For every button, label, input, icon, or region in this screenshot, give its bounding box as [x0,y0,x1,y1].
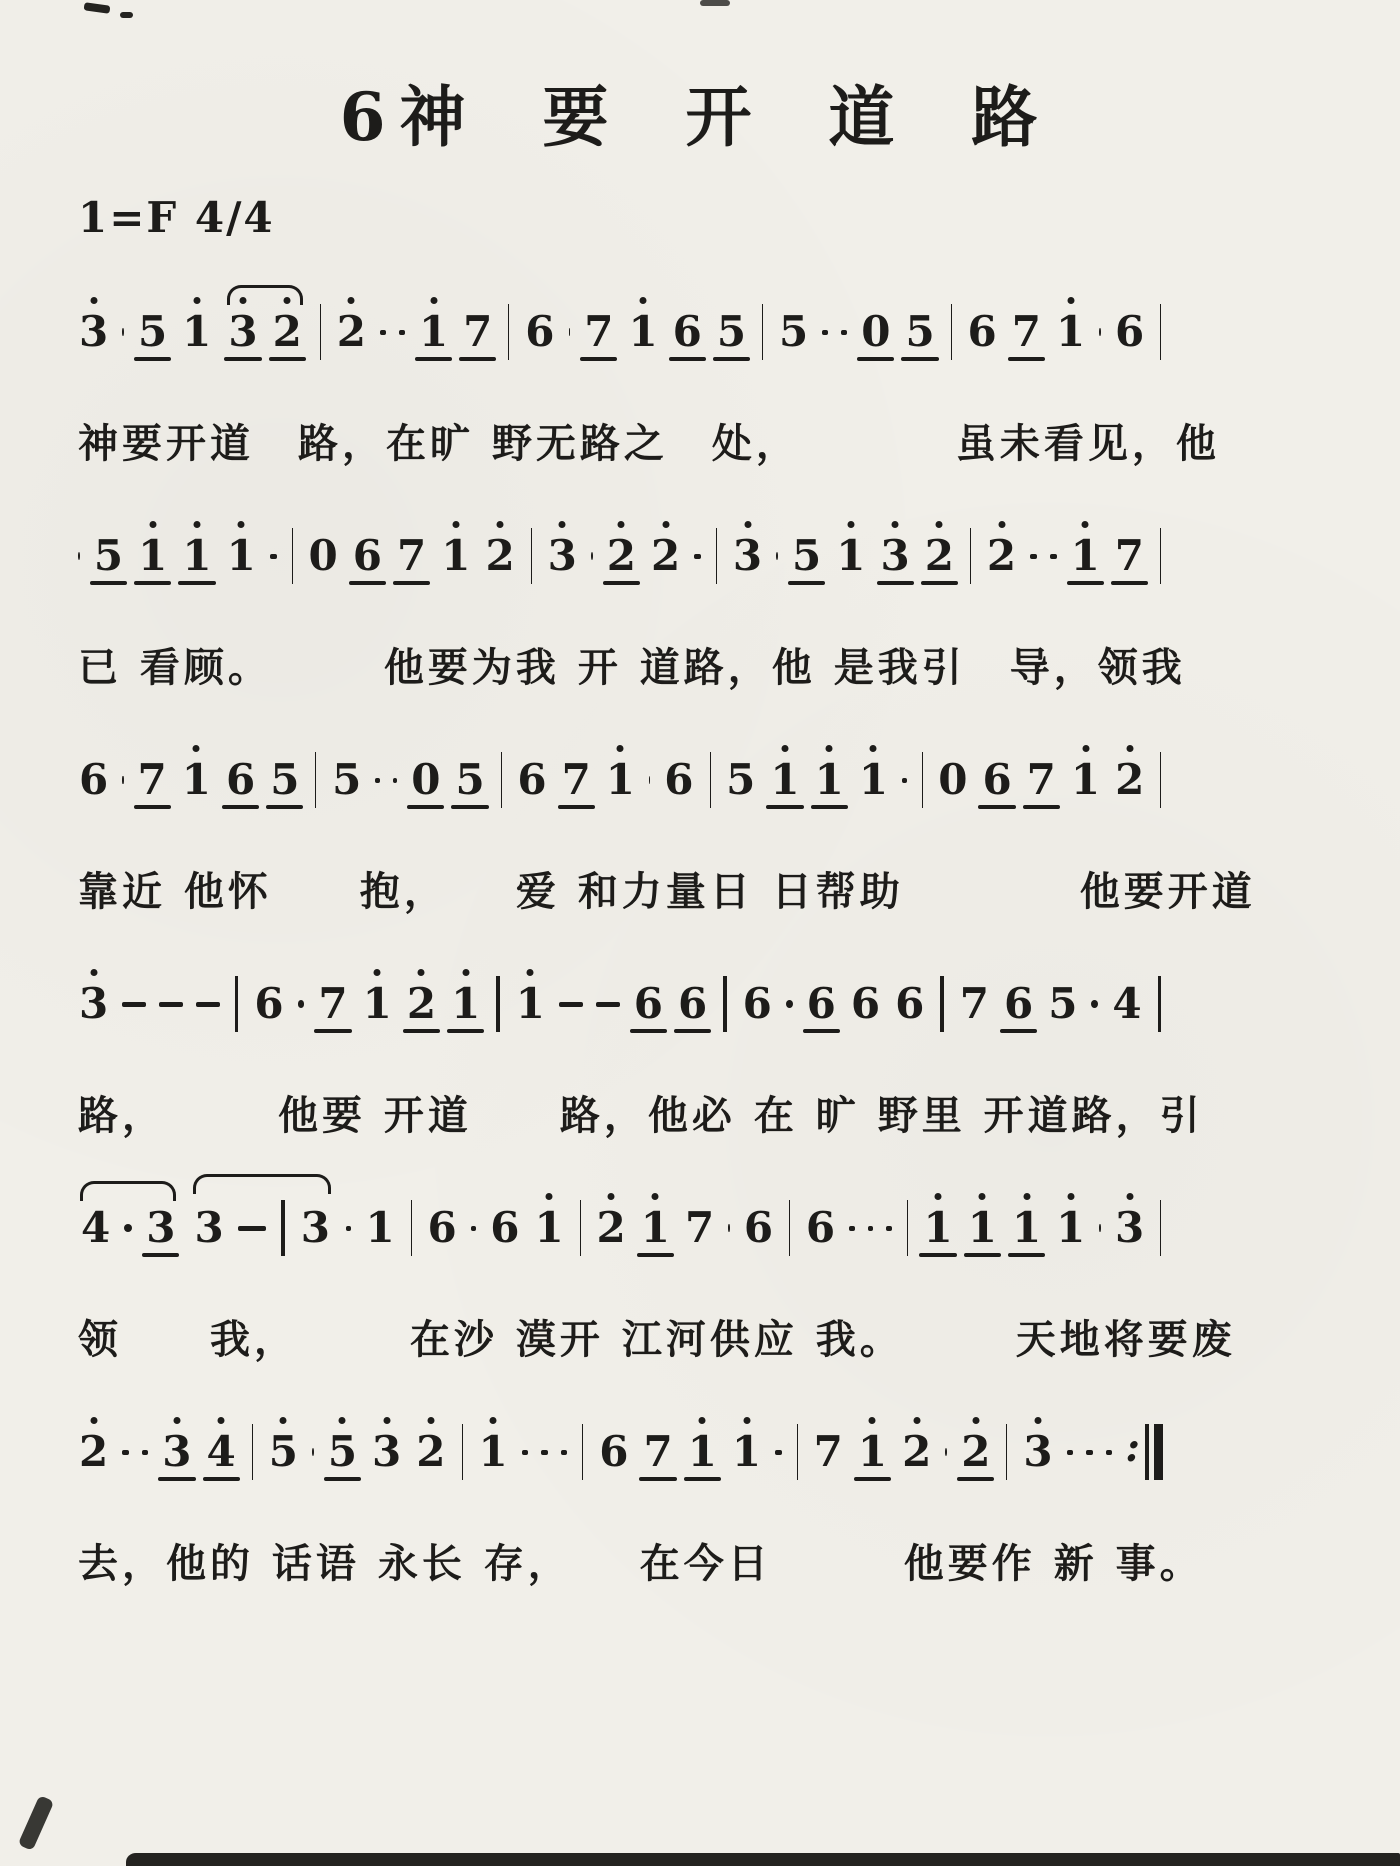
note: 2 [336,311,367,353]
notation-line: 23455321671171223: [78,1406,1163,1484]
duration-dash [1030,554,1037,559]
note: 5 [725,759,756,801]
note: 7 [684,1207,715,1249]
note: 1 [226,535,257,577]
barline [292,528,293,584]
note: 0 [410,759,441,801]
note: 3 [161,1431,192,1473]
note: 6 [78,759,109,801]
lyrics-line: 神要开道 路，在旷 野无路之 处， 虽未看见，他 [78,422,1163,466]
note: 7 [137,759,168,801]
barline [922,752,923,808]
duration-dot [1091,1000,1098,1008]
note: 3 [193,1207,224,1249]
duration-dash [868,1226,874,1231]
barline [907,1200,908,1256]
note: 6 [850,983,881,1025]
lyrics-line: 已 看顾。 他要为我 开 道路，他 是我引 导，领我 [78,646,1163,690]
duration-dash [399,330,405,335]
note: 6 [663,759,694,801]
note: 5 [454,759,485,801]
note: 5 [716,311,747,353]
note: 3 [547,535,578,577]
duration-dash [471,1226,477,1231]
note: 1 [515,983,546,1025]
barline [580,1200,581,1256]
note: 1 [534,1207,565,1249]
duration-dot [122,328,124,336]
notation-line: 36712116666667654 [78,958,1163,1036]
duration-dash [393,778,397,783]
note: 1 [364,1207,395,1249]
note: 2 [650,535,681,577]
note: 2 [986,535,1017,577]
note: 6 [352,535,383,577]
note: 4 [206,1431,237,1473]
duration-dash [122,1002,146,1007]
duration-dash [559,1002,583,1007]
lyrics-line: 去，他的 话语 永长 存， 在今日 他要作 新 事。 [78,1542,1163,1586]
note: 3 [1114,1207,1145,1249]
note: 1 [181,311,212,353]
barline [496,976,499,1032]
barline [252,1424,253,1480]
duration-dot [569,328,571,336]
note: 7 [561,759,592,801]
duration-dash [122,1450,129,1455]
note: 1 [477,1431,508,1473]
note: 6 [967,311,998,353]
barline [281,1200,285,1256]
barline [462,1424,463,1480]
note: 7 [1026,759,1057,801]
tie-group: 32 [225,311,304,353]
barline [723,976,726,1032]
note: 6 [894,983,925,1025]
note: 1 [1055,1207,1086,1249]
note: 6 [742,983,773,1025]
barline [235,976,238,1032]
barline [582,1424,583,1480]
note: 1 [627,311,658,353]
duration-dash [849,1226,855,1231]
barline [1158,976,1161,1032]
duration-dash [541,1450,548,1455]
barline [1160,752,1161,808]
barline [797,1424,798,1480]
note: 1 [769,759,800,801]
note: 6 [489,1207,520,1249]
notation-line: 671655056716511106712 [78,734,1163,812]
lyrics-line: 路， 他要 开道 路，他必 在 旷 野里 开道路，引 [78,1094,1163,1138]
note: 1 [440,535,471,577]
barline [320,304,321,360]
lyrics-line: 领 我， 在沙 漠开 江河供应 我。 天地将要废 [78,1318,1163,1362]
duration-dot [122,776,123,784]
note: 1 [1070,759,1101,801]
note: 6 [427,1207,458,1249]
barline [315,752,316,808]
note: 7 [642,1431,673,1473]
notation-line: 433316612176611113 [78,1182,1163,1260]
note: 5 [268,1431,299,1473]
duration-dash [596,1002,620,1007]
note: 1 [967,1207,998,1249]
duration-dash [380,330,386,335]
note: 2 [901,1431,932,1473]
scan-artifact [700,0,730,6]
note: 1 [857,1431,888,1473]
barline [1160,528,1161,584]
barline [501,752,502,808]
barline [710,752,711,808]
note: 6 [524,311,555,353]
note: 5 [791,535,822,577]
note: 7 [1114,535,1145,577]
key-signature: 1=F 4/4 [78,193,1163,242]
duration-dot [649,776,650,784]
notation-line: 35132217671655056716 [78,286,1163,364]
duration-dash [159,1002,183,1007]
barline [1160,304,1161,360]
note: 0 [937,759,968,801]
duration-dash [822,330,828,335]
note: 3 [300,1207,331,1249]
note: 5 [137,311,168,353]
note: 1 [1055,311,1086,353]
note: 7 [317,983,348,1025]
duration-dash [841,330,847,335]
duration-dash [522,1450,529,1455]
note: 7 [583,311,614,353]
note: 6 [1003,983,1034,1025]
note: 6 [253,983,284,1025]
note: 3 [371,1431,402,1473]
system: 51110671232235132217已 看顾。 他要为我 开 道路，他 是我… [78,510,1163,690]
duration-dash [561,1450,568,1455]
system: 433316612176611113领 我， 在沙 漠开 江河供应 我。 天地将… [78,1182,1163,1362]
note: 6 [806,983,837,1025]
duration-dot [945,1448,947,1456]
note: 2 [606,535,637,577]
note: 2 [272,311,303,353]
system: 671655056716511106712靠近 他怀 抱， 爱 和力量日 日帮助… [78,734,1163,914]
note: 3 [732,535,763,577]
duration-dash [1067,1450,1074,1455]
note: 6 [633,983,664,1025]
note: 1 [1070,535,1101,577]
system: 36712116666667654路， 他要 开道 路，他必 在 旷 野里 开道… [78,958,1163,1138]
duration-dash [775,1450,782,1455]
duration-dot [1099,1224,1101,1232]
note: 1 [687,1431,718,1473]
notation-line: 51110671232235132217 [78,510,1163,588]
note: 2 [596,1207,627,1249]
duration-dash [270,554,277,559]
note: 1 [640,1207,671,1249]
duration-dash [142,1450,149,1455]
note: 2 [484,535,515,577]
note: 0 [308,535,339,577]
duration-dot [786,1000,793,1008]
duration-dash [346,1226,352,1231]
barline [508,304,509,360]
note: 3 [78,983,109,1025]
note: 1 [835,535,866,577]
barline [762,304,763,360]
tie-group: 33 [191,1200,332,1256]
note: 1 [858,759,889,801]
note: 7 [1011,311,1042,353]
note: 7 [959,983,990,1025]
barline [1160,1200,1161,1256]
note: 2 [960,1431,991,1473]
note: 1 [137,535,168,577]
note: 7 [462,311,493,353]
duration-dash [902,778,906,783]
barline [716,528,717,584]
note: 1 [605,759,636,801]
note: 6 [598,1431,629,1473]
duration-dash [886,1226,892,1231]
note: 5 [93,535,124,577]
duration-dash [238,1226,266,1231]
note: 3 [145,1207,176,1249]
note: 3 [227,311,258,353]
note: 4 [1111,983,1142,1025]
note: 6 [225,759,256,801]
duration-dot [298,1000,305,1008]
duration-dash [694,554,701,559]
page-content: 6神 要 开 道 路 1=F 4/4 35132217671655056716神… [78,0,1163,1586]
note: 7 [396,535,427,577]
barline [411,1200,412,1256]
song-title: 6神 要 开 道 路 [78,0,1163,159]
duration-dot [776,552,778,560]
duration-dot [78,552,80,560]
note: 1 [181,535,212,577]
note: 6 [516,759,547,801]
note: 4 [80,1207,111,1249]
scan-artifact-bottom-strip [126,1853,1400,1866]
note: 5 [331,759,362,801]
note: 6 [743,1207,774,1249]
note: 3 [78,311,109,353]
scan-artifact [120,12,133,18]
note: 2 [1114,759,1145,801]
note: 3 [880,535,911,577]
note: 1 [922,1207,953,1249]
duration-dot [124,1224,132,1232]
barline [970,528,971,584]
duration-dash [1106,1450,1113,1455]
duration-dot [312,1448,314,1456]
note: 2 [924,535,955,577]
duration-dash [1086,1450,1093,1455]
barline [1006,1424,1007,1480]
note: 2 [415,1431,446,1473]
note: 2 [406,983,437,1025]
scan-artifact [18,1795,55,1851]
system: 35132217671655056716神要开道 路，在旷 野无路之 处， 虽未… [78,286,1163,466]
duration-dot [591,552,593,560]
tie-group: 43 [78,1207,178,1249]
barline [951,304,952,360]
note: 5 [269,759,300,801]
note: 6 [672,311,703,353]
lyrics-line: 靠近 他怀 抱， 爱 和力量日 日帮助 他要开道 [78,870,1163,914]
note: 3 [1022,1431,1053,1473]
system: 23455321671171223:去，他的 话语 永长 存， 在今日 他要作 … [78,1406,1163,1586]
barline [531,528,532,584]
duration-dot [728,1224,730,1232]
note: 5 [327,1431,358,1473]
duration-dash [375,778,379,783]
note: 1 [362,983,393,1025]
note: 1 [181,759,212,801]
note: 2 [78,1431,109,1473]
sheet-music-page: 6神 要 开 道 路 1=F 4/4 35132217671655056716神… [0,0,1400,1866]
duration-dash [196,1002,220,1007]
note: 7 [813,1431,844,1473]
note: 6 [1114,311,1145,353]
final-barline: : [1125,1424,1163,1480]
note: 1 [1011,1207,1042,1249]
note: 5 [904,311,935,353]
note: 1 [450,983,481,1025]
note: 1 [814,759,845,801]
duration-dash [1050,554,1057,559]
note: 1 [731,1431,762,1473]
barline [940,976,943,1032]
barline [789,1200,790,1256]
note: 1 [418,311,449,353]
note: 6 [805,1207,836,1249]
duration-dot [1099,328,1101,336]
music-systems: 35132217671655056716神要开道 路，在旷 野无路之 处， 虽未… [78,286,1163,1586]
note: 5 [1047,983,1078,1025]
note: 5 [778,311,809,353]
note: 6 [981,759,1012,801]
note: 0 [860,311,891,353]
note: 6 [677,983,708,1025]
